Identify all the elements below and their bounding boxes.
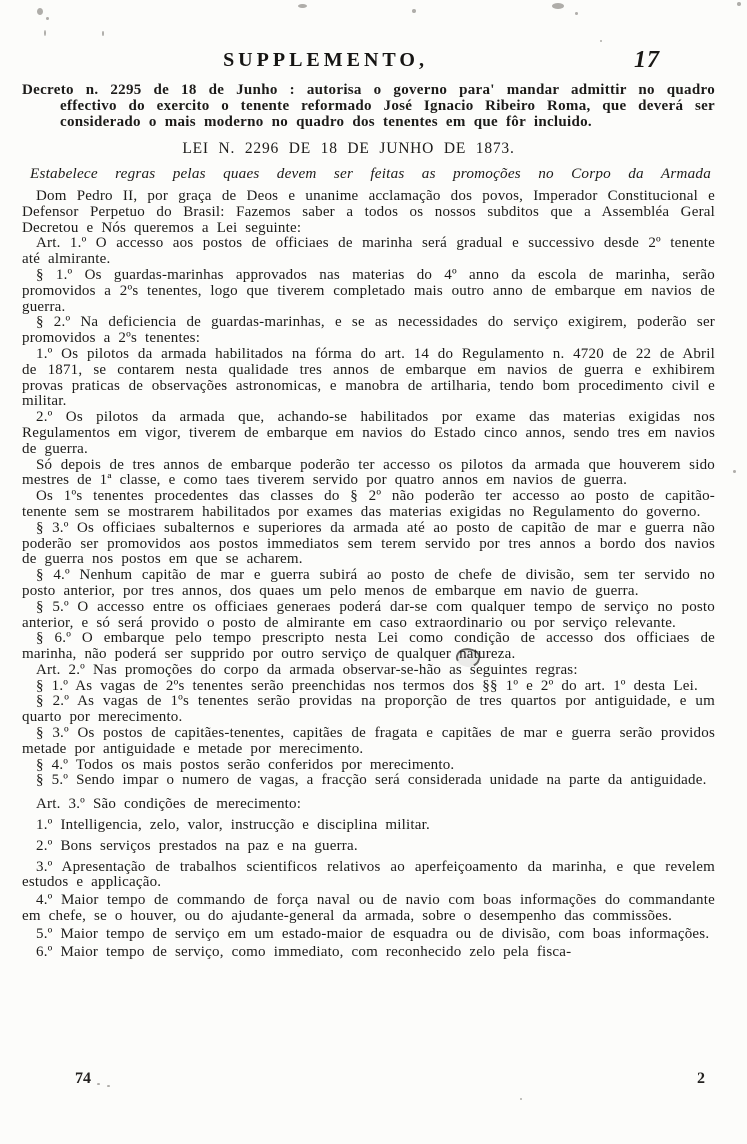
- law-paragraph: § 1.º As vagas de 2ºs tenentes serão pre…: [22, 679, 715, 695]
- decree-summary: Decreto n. 2295 de 18 de Junho : autoris…: [60, 83, 715, 130]
- law-subtitle: Estabelece regras pelas quaes devem ser …: [30, 166, 711, 182]
- law-paragraph: § 3.º Os officiaes subalternos e superio…: [22, 521, 715, 568]
- law-paragraph: § 1.º Os guardas-marinhas approvados nas…: [22, 268, 715, 315]
- scan-noise-speck: [97, 1083, 100, 1085]
- scan-noise-speck: [520, 1098, 522, 1100]
- page-title: SUPPLEMENTO,: [0, 49, 699, 72]
- signature-mark-right: 2: [697, 1070, 705, 1088]
- law-paragraph: § 2.º As vagas de 1ºs tenentes serão pro…: [22, 694, 715, 726]
- scan-noise-speck: [298, 4, 307, 8]
- law-paragraph: 3.º Apresentação de trabalhos scientific…: [22, 860, 715, 892]
- scan-noise-speck: [552, 3, 564, 9]
- law-paragraph: Art. 2.º Nas promoções do corpo da armad…: [22, 663, 715, 679]
- scan-noise-speck: [107, 1085, 110, 1087]
- law-paragraph: Dom Pedro II, por graça de Deos e unanim…: [22, 189, 715, 236]
- law-paragraph: 2.º Bons serviços prestados na paz e na …: [22, 839, 715, 855]
- scan-noise-speck: [412, 9, 416, 13]
- law-paragraph: Os 1ºs tenentes procedentes das classes …: [22, 489, 715, 521]
- law-heading: LEI N. 2296 DE 18 DE JUNHO DE 1873.: [22, 141, 675, 157]
- law-paragraph: 4.º Maior tempo de commando de força nav…: [22, 893, 715, 925]
- scan-noise-speck: [737, 2, 741, 6]
- law-paragraph: § 5.º O accesso entre os officiaes gener…: [22, 600, 715, 632]
- scan-noise-speck: [37, 8, 43, 15]
- law-paragraph: Só depois de tres annos de embarque pode…: [22, 458, 715, 490]
- scan-noise-speck: [46, 17, 49, 20]
- law-paragraph: § 2.º Na deficiencia de guardas-marinhas…: [22, 315, 715, 347]
- law-paragraph: § 5.º Sendo impar o numero de vagas, a f…: [22, 773, 715, 789]
- scanned-document-page: SUPPLEMENTO, 17 Decreto n. 2295 de 18 de…: [0, 0, 747, 1144]
- signature-mark-left: 74: [75, 1070, 91, 1088]
- law-paragraph: § 3.º Os postos de capitães-tenentes, ca…: [22, 726, 715, 758]
- law-body: Dom Pedro II, por graça de Deos e unanim…: [22, 189, 715, 960]
- law-paragraph: 1.º Intelligencia, zelo, valor, instrucç…: [22, 818, 715, 834]
- law-paragraph: 6.º Maior tempo de serviço, como immedia…: [22, 945, 715, 961]
- law-paragraph: 1.º Os pilotos da armada habilitados na …: [22, 347, 715, 410]
- law-paragraph: 5.º Maior tempo de serviço em um estado-…: [22, 927, 715, 943]
- law-paragraph: Art. 1.º O accesso aos postos de officia…: [22, 236, 715, 268]
- law-paragraph: Art. 3.º São condições de merecimento:: [22, 797, 715, 813]
- law-paragraph: § 4.º Nenhum capitão de mar e guerra sub…: [22, 568, 715, 600]
- scan-noise-speck: [600, 40, 602, 42]
- scan-noise-speck: [575, 12, 578, 15]
- scan-noise-speck: [733, 470, 736, 473]
- law-paragraph: § 6.º O embarque pelo tempo prescripto n…: [22, 631, 715, 663]
- text-block: Decreto n. 2295 de 18 de Junho : autoris…: [22, 83, 715, 960]
- law-paragraph: 2.º Os pilotos da armada que, achando-se…: [22, 410, 715, 457]
- scan-noise-speck: [44, 30, 46, 36]
- law-paragraph: § 4.º Todos os mais postos serão conferi…: [22, 758, 715, 774]
- page-number: 17: [634, 47, 660, 74]
- scan-noise-speck: [102, 31, 104, 36]
